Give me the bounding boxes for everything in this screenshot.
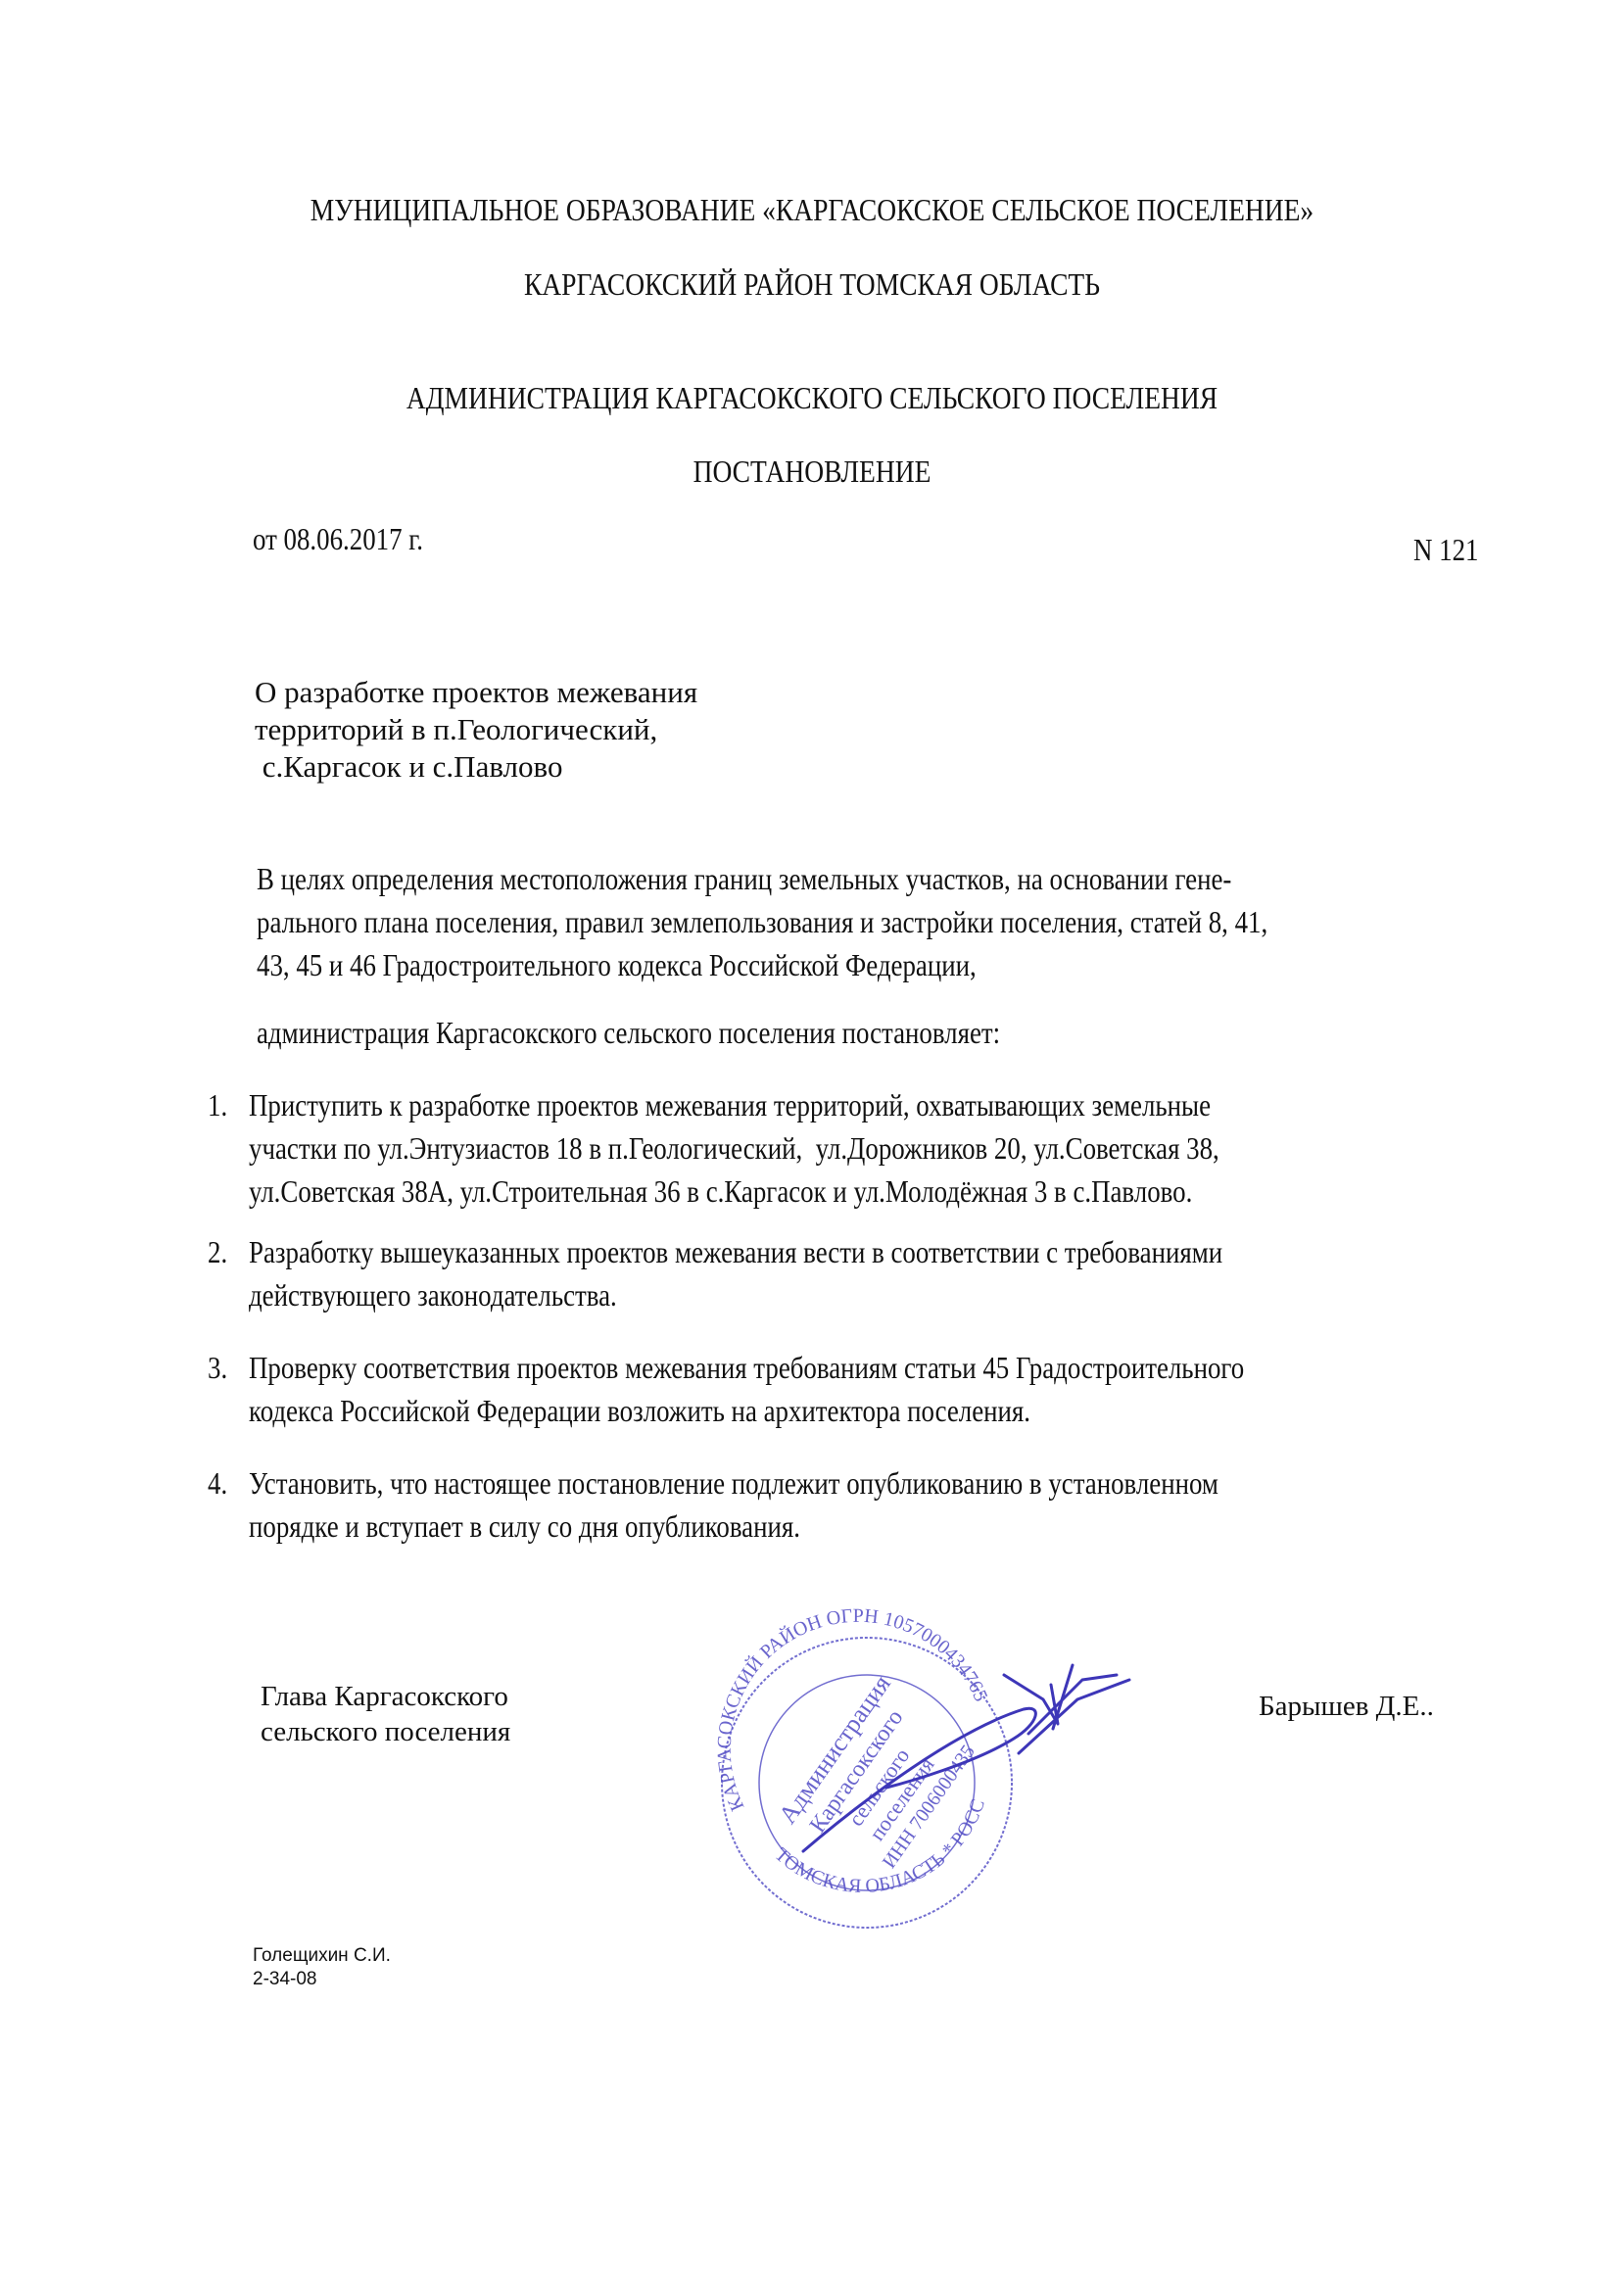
preamble-line: 43, 45 и 46 Градостроительного кодекса Р…	[257, 943, 1267, 986]
subject-line: территорий в п.Геологический,	[255, 711, 697, 748]
document-type-title: ПОСТАНОВЛЕНИЕ	[114, 454, 1510, 490]
municipality-heading: МУНИЦИПАЛЬНОЕ ОБРАЗОВАНИЕ «КАРГАСОКСКОЕ …	[114, 192, 1510, 228]
preamble-line: рального плана поселения, правил землепо…	[257, 900, 1267, 943]
list-item: 1. Приступить к разработке проектов меже…	[208, 1083, 227, 1126]
district-heading: КАРГАСОКСКИЙ РАЙОН ТОМСКАЯ ОБЛАСТЬ	[114, 266, 1510, 303]
list-item: 2. Разработку вышеуказанных проектов меж…	[208, 1230, 227, 1273]
item-number: 3.	[208, 1350, 227, 1385]
document-number: N 121	[1413, 532, 1478, 568]
administration-heading: АДМИНИСТРАЦИЯ КАРГАСОКСКОГО СЕЛЬСКОГО ПО…	[114, 380, 1510, 416]
item-line: Приступить к разработке проектов межеван…	[249, 1083, 1219, 1126]
item-line: порядке и вступает в силу со дня опублик…	[249, 1504, 1218, 1548]
item-number: 4.	[208, 1465, 227, 1501]
preamble: В целях определения местоположения грани…	[257, 857, 1267, 986]
executor-name: Голещихин С.И.	[253, 1944, 391, 1968]
signatory-name: Барышев Д.Е..	[1259, 1689, 1434, 1724]
list-item: 3. Проверку соответствия проектов межева…	[208, 1346, 227, 1389]
executor-info: Голещихин С.И. 2-34-08	[253, 1944, 391, 1991]
item-number: 1.	[208, 1087, 227, 1122]
item-line: Разработку вышеуказанных проектов межева…	[249, 1230, 1222, 1273]
official-seal-stamp: КАРГАСОКСКИЙ РАЙОН ОГРН 1057000434765 ТО…	[691, 1606, 1131, 1930]
list-item: 4. Установить, что настоящее постановлен…	[208, 1461, 227, 1504]
item-line: действующего законодательства.	[249, 1273, 1222, 1316]
item-number: 2.	[208, 1234, 227, 1269]
signatory-position: Глава Каргасокского сельского поселения	[261, 1679, 510, 1749]
item-line: ул.Советская 38А, ул.Строительная 36 в с…	[249, 1170, 1219, 1213]
resolves-clause: администрация Каргасокского сельского по…	[257, 1011, 1000, 1054]
executor-phone: 2-34-08	[253, 1968, 391, 1991]
item-line: Установить, что настоящее постановление …	[249, 1461, 1218, 1504]
position-line: сельского поселения	[261, 1714, 510, 1749]
document-date: от 08.06.2017 г.	[253, 521, 423, 557]
subject-line: О разработке проектов межевания	[255, 674, 697, 711]
document-subject: О разработке проектов межевания территор…	[255, 674, 697, 786]
item-line: кодекса Российской Федерации возложить н…	[249, 1389, 1244, 1432]
item-line: Проверку соответствия проектов межевания…	[249, 1346, 1244, 1389]
item-line: участки по ул.Энтузиастов 18 в п.Геологи…	[249, 1126, 1219, 1170]
subject-line: с.Каргасок и с.Павлово	[255, 748, 697, 786]
position-line: Глава Каргасокского	[261, 1679, 510, 1714]
preamble-line: В целях определения местоположения грани…	[257, 857, 1267, 900]
